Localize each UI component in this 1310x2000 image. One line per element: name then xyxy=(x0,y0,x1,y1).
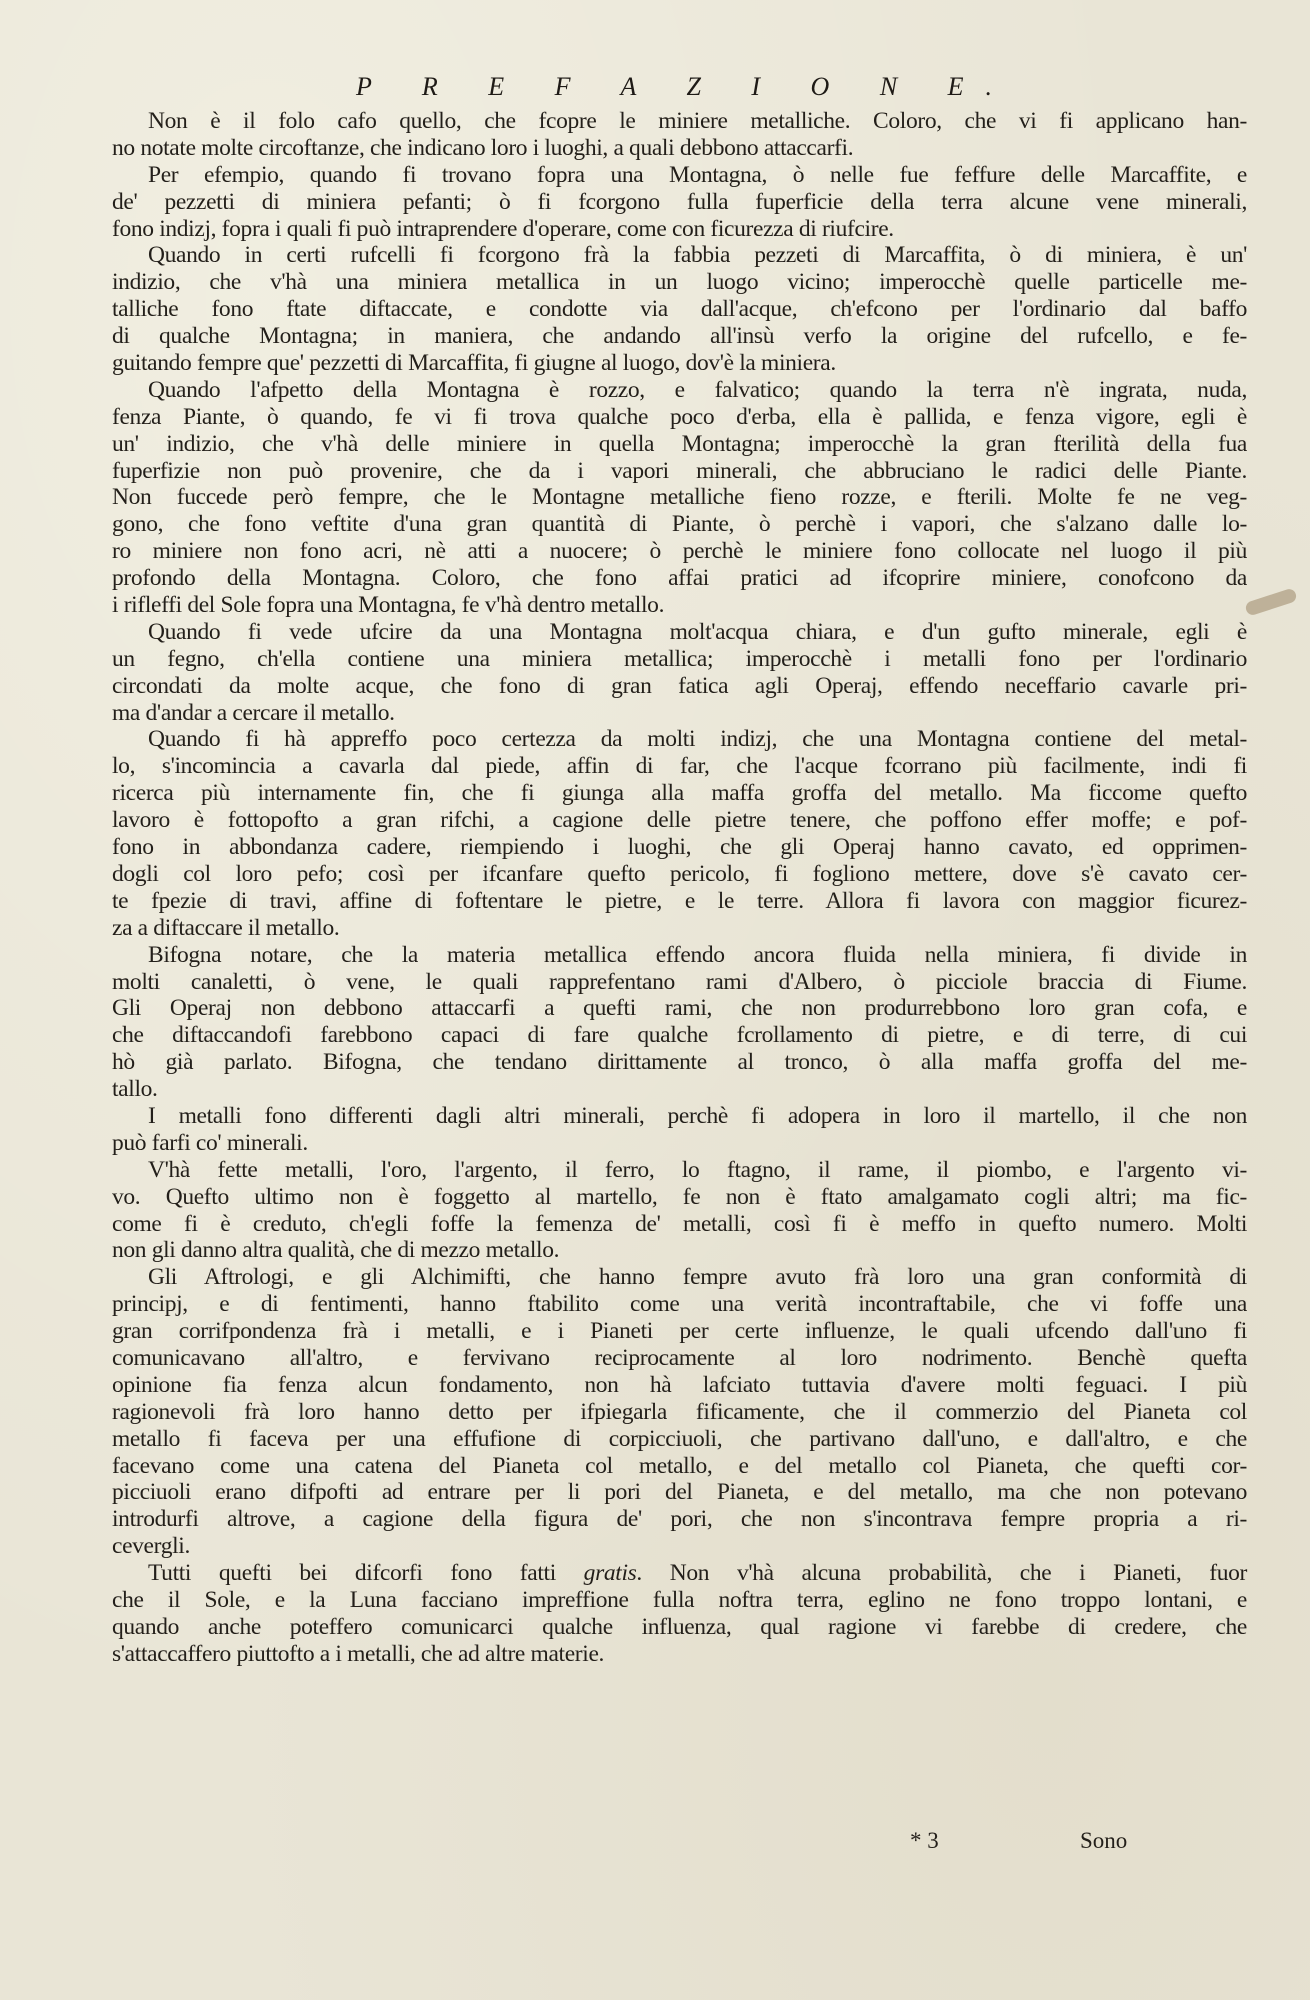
text-line: Per efempio, quando fi trovano fopra una… xyxy=(112,162,1247,189)
text-line: di qualche Montagna; in maniera, che and… xyxy=(112,323,1247,350)
text-line: comunicavano all'altro, e fervivano reci… xyxy=(112,1345,1247,1372)
text-line: za a diftaccare il metallo. xyxy=(112,915,1247,942)
text-line: te fpezie di travi, affine di foftentare… xyxy=(112,888,1247,915)
text-line: guitando fempre que' pezzetti di Marcaff… xyxy=(112,350,1247,377)
text-line: gran corrifpondenza frà i metalli, e i P… xyxy=(112,1318,1247,1345)
text-line: Quando l'afpetto della Montagna è rozzo,… xyxy=(112,377,1247,404)
text-line: profondo della Montagna. Coloro, che fon… xyxy=(112,565,1247,592)
text-line: picciuoli erano difpofti ad entrare per … xyxy=(112,1479,1247,1506)
paragraph: Quando in certi rufcelli fi fcorgono frà… xyxy=(112,242,1247,376)
text-line: lo, s'incomincia a cavarla dal piede, af… xyxy=(112,753,1247,780)
text-line: i rifleffi del Sole fopra una Montagna, … xyxy=(112,592,1247,619)
text-line: opinione fia fenza alcun fondamento, non… xyxy=(112,1372,1247,1399)
text-line: facevano come una catena del Pianeta col… xyxy=(112,1453,1247,1480)
text-line: s'attaccaffero piuttofto a i metalli, ch… xyxy=(112,1641,1247,1668)
text-line: vo. Quefto ultimo non è foggetto al mart… xyxy=(112,1184,1247,1211)
text-line: Quando in certi rufcelli fi fcorgono frà… xyxy=(112,242,1247,269)
text-line: cevergli. xyxy=(112,1533,1247,1560)
paragraph: Gli Aftrologi, e gli Alchimifti, che han… xyxy=(112,1264,1247,1560)
ink-stain-mark xyxy=(1244,587,1298,616)
text-run: . Non v'hà alcuna probabilità, che i Pia… xyxy=(636,1560,1247,1586)
text-line: come fi è creduto, ch'egli foffe la feme… xyxy=(112,1211,1247,1238)
text-line: metallo fi faceva per una effufione di c… xyxy=(112,1426,1247,1453)
text-line: fenza Piante, ò quando, fe vi fi trova q… xyxy=(112,404,1247,431)
text-line: un fegno, ch'ella contiene una miniera m… xyxy=(112,646,1247,673)
text-line: Quando fi hà appreffo poco certezza da m… xyxy=(112,726,1247,753)
text-line: che il Sole, e la Luna facciano impreffi… xyxy=(112,1587,1247,1614)
paragraph: Non è il folo cafo quello, che fcopre le… xyxy=(112,108,1247,162)
text-line: talliche fono ftate diftaccate, e condot… xyxy=(112,296,1247,323)
text-line: Quando fi vede ufcire da una Montagna mo… xyxy=(112,619,1247,646)
text-line: hò già parlato. Bifogna, che tendano dir… xyxy=(112,1049,1247,1076)
text-line: ragionevoli frà loro hanno detto per ifp… xyxy=(112,1399,1247,1426)
text-line: fono indizj, fopra i quali fi può intrap… xyxy=(112,216,1247,243)
paragraph: Bifogna notare, che la materia metallica… xyxy=(112,942,1247,1103)
book-page: P R E F A Z I O N E. Non è il folo cafo … xyxy=(0,0,1310,2000)
text-line: quando anche poteffero comunicarci qualc… xyxy=(112,1614,1247,1641)
text-line: no notate molte circoftanze, che indican… xyxy=(112,135,1247,162)
text-line: ricerca più internamente fin, che fi giu… xyxy=(112,780,1247,807)
text-line: gono, che fono veftite d'una gran quanti… xyxy=(112,511,1247,538)
text-line: molti canaletti, ò vene, le quali rappre… xyxy=(112,969,1247,996)
text-line: fuperfizie non può provenire, che da i v… xyxy=(112,458,1247,485)
text-line: de' pezzetti di miniera pefanti; ò fi fc… xyxy=(112,189,1247,216)
text-line: può farfi co' minerali. xyxy=(112,1130,1247,1157)
paragraph: I metalli fono differenti dagli altri mi… xyxy=(112,1103,1247,1157)
paragraph: Quando fi hà appreffo poco certezza da m… xyxy=(112,726,1247,941)
text-line: introdurfi altrove, a cagione della figu… xyxy=(112,1506,1247,1533)
text-line: tallo. xyxy=(112,1076,1247,1103)
italic-word: gratis xyxy=(584,1560,637,1586)
text-line: ma d'andar a cercare il metallo. xyxy=(112,700,1247,727)
text-run: Tutti quefti bei difcorfi fono fatti xyxy=(148,1560,584,1586)
catchword: Sono xyxy=(1080,1828,1127,1854)
text-line: Gli Operaj non debbono attaccarfi a quef… xyxy=(112,995,1247,1022)
paragraph: Per efempio, quando fi trovano fopra una… xyxy=(112,162,1247,243)
body-text: Non è il folo cafo quello, che fcopre le… xyxy=(112,108,1247,1668)
text-line: circondati da molte acque, che fono di g… xyxy=(112,673,1247,700)
text-line: V'hà fette metalli, l'oro, l'argento, il… xyxy=(112,1157,1247,1184)
text-line: ro miniere non fono acri, nè atti a nuoc… xyxy=(112,538,1247,565)
text-line: che diftaccandofi farebbono capaci di fa… xyxy=(112,1022,1247,1049)
paragraph: Quando fi vede ufcire da una Montagna mo… xyxy=(112,619,1247,727)
text-line: lavoro è fottopofto a gran rifchi, a cag… xyxy=(112,807,1247,834)
text-line: non gli danno altra qualità, che di mezz… xyxy=(112,1237,1247,1264)
footer-catchline: * 3 Sono xyxy=(0,1828,1310,1858)
paragraph: Quando l'afpetto della Montagna è rozzo,… xyxy=(112,377,1247,619)
text-line: principj, e di fentimenti, hanno ftabili… xyxy=(112,1291,1247,1318)
running-head: P R E F A Z I O N E. xyxy=(0,72,1310,102)
text-line: indizio, che v'hà una miniera metallica … xyxy=(112,269,1247,296)
text-line: Bifogna notare, che la materia metallica… xyxy=(112,942,1247,969)
text-line: Tutti quefti bei difcorfi fono fatti gra… xyxy=(112,1560,1247,1587)
text-line: Non fuccede però fempre, che le Montagne… xyxy=(112,484,1247,511)
text-line: dogli col loro pefo; così per ifcanfare … xyxy=(112,861,1247,888)
text-line: Non è il folo cafo quello, che fcopre le… xyxy=(112,108,1247,135)
paragraph: V'hà fette metalli, l'oro, l'argento, il… xyxy=(112,1157,1247,1265)
text-line: un' indizio, che v'hà delle miniere in q… xyxy=(112,431,1247,458)
text-line: fono in abbondanza cadere, riempiendo i … xyxy=(112,834,1247,861)
text-line: Gli Aftrologi, e gli Alchimifti, che han… xyxy=(112,1264,1247,1291)
paragraph: Tutti quefti bei difcorfi fono fatti gra… xyxy=(112,1560,1247,1668)
text-line: I metalli fono differenti dagli altri mi… xyxy=(112,1103,1247,1130)
signature-mark: * 3 xyxy=(910,1828,939,1854)
